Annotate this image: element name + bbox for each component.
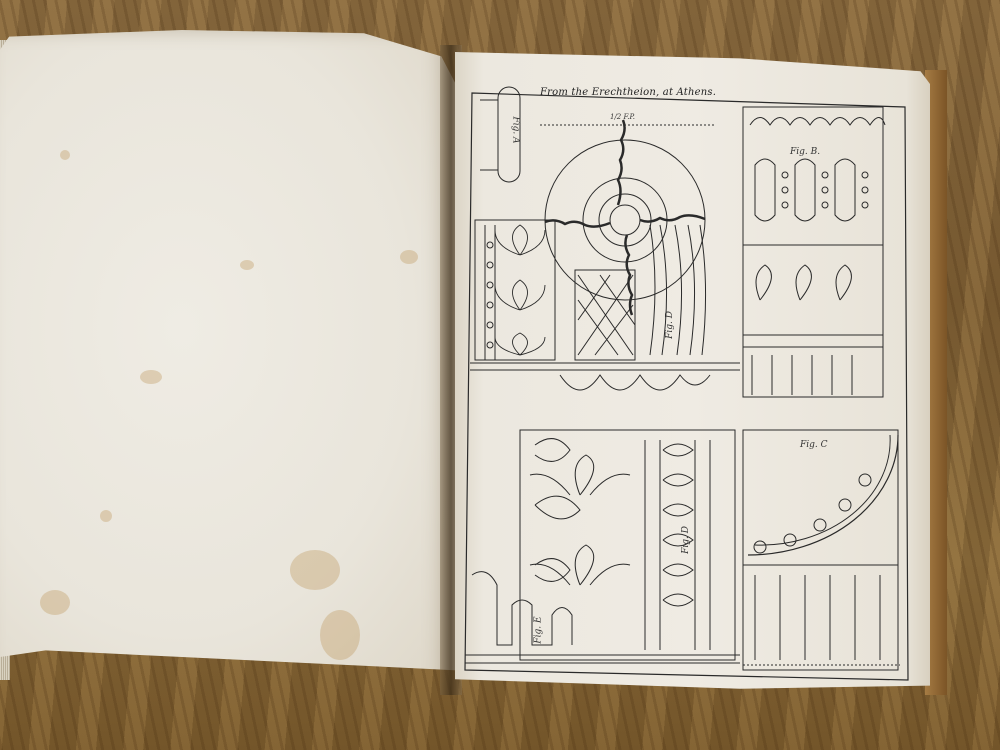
foxing-stain: [240, 260, 254, 270]
fig-label-c: Fig. C: [800, 440, 828, 450]
fig-label-e: Fig. E: [534, 616, 544, 643]
engraved-plate: From the Erechtheion, at Athens.: [460, 85, 920, 685]
fig-label-a: Fig. A: [511, 116, 521, 143]
foxing-stain: [60, 150, 70, 160]
open-book: From the Erechtheion, at Athens.: [0, 0, 1000, 750]
foxing-stain: [40, 590, 70, 615]
fig-label-d-lower: Fig. D: [681, 526, 691, 554]
foxing-stain: [400, 250, 418, 264]
foxing-stain: [140, 370, 162, 384]
plate-drawings: [460, 85, 920, 685]
foxing-stain: [100, 510, 112, 522]
fig-label-b: Fig. B.: [790, 147, 820, 157]
dimension-label: 1/2 F.P.: [610, 113, 635, 121]
foxing-stain: [320, 610, 360, 660]
foxing-stain: [290, 550, 340, 590]
fig-label-d-upper: Fig. D: [665, 311, 675, 339]
left-page-blank: [0, 30, 455, 690]
